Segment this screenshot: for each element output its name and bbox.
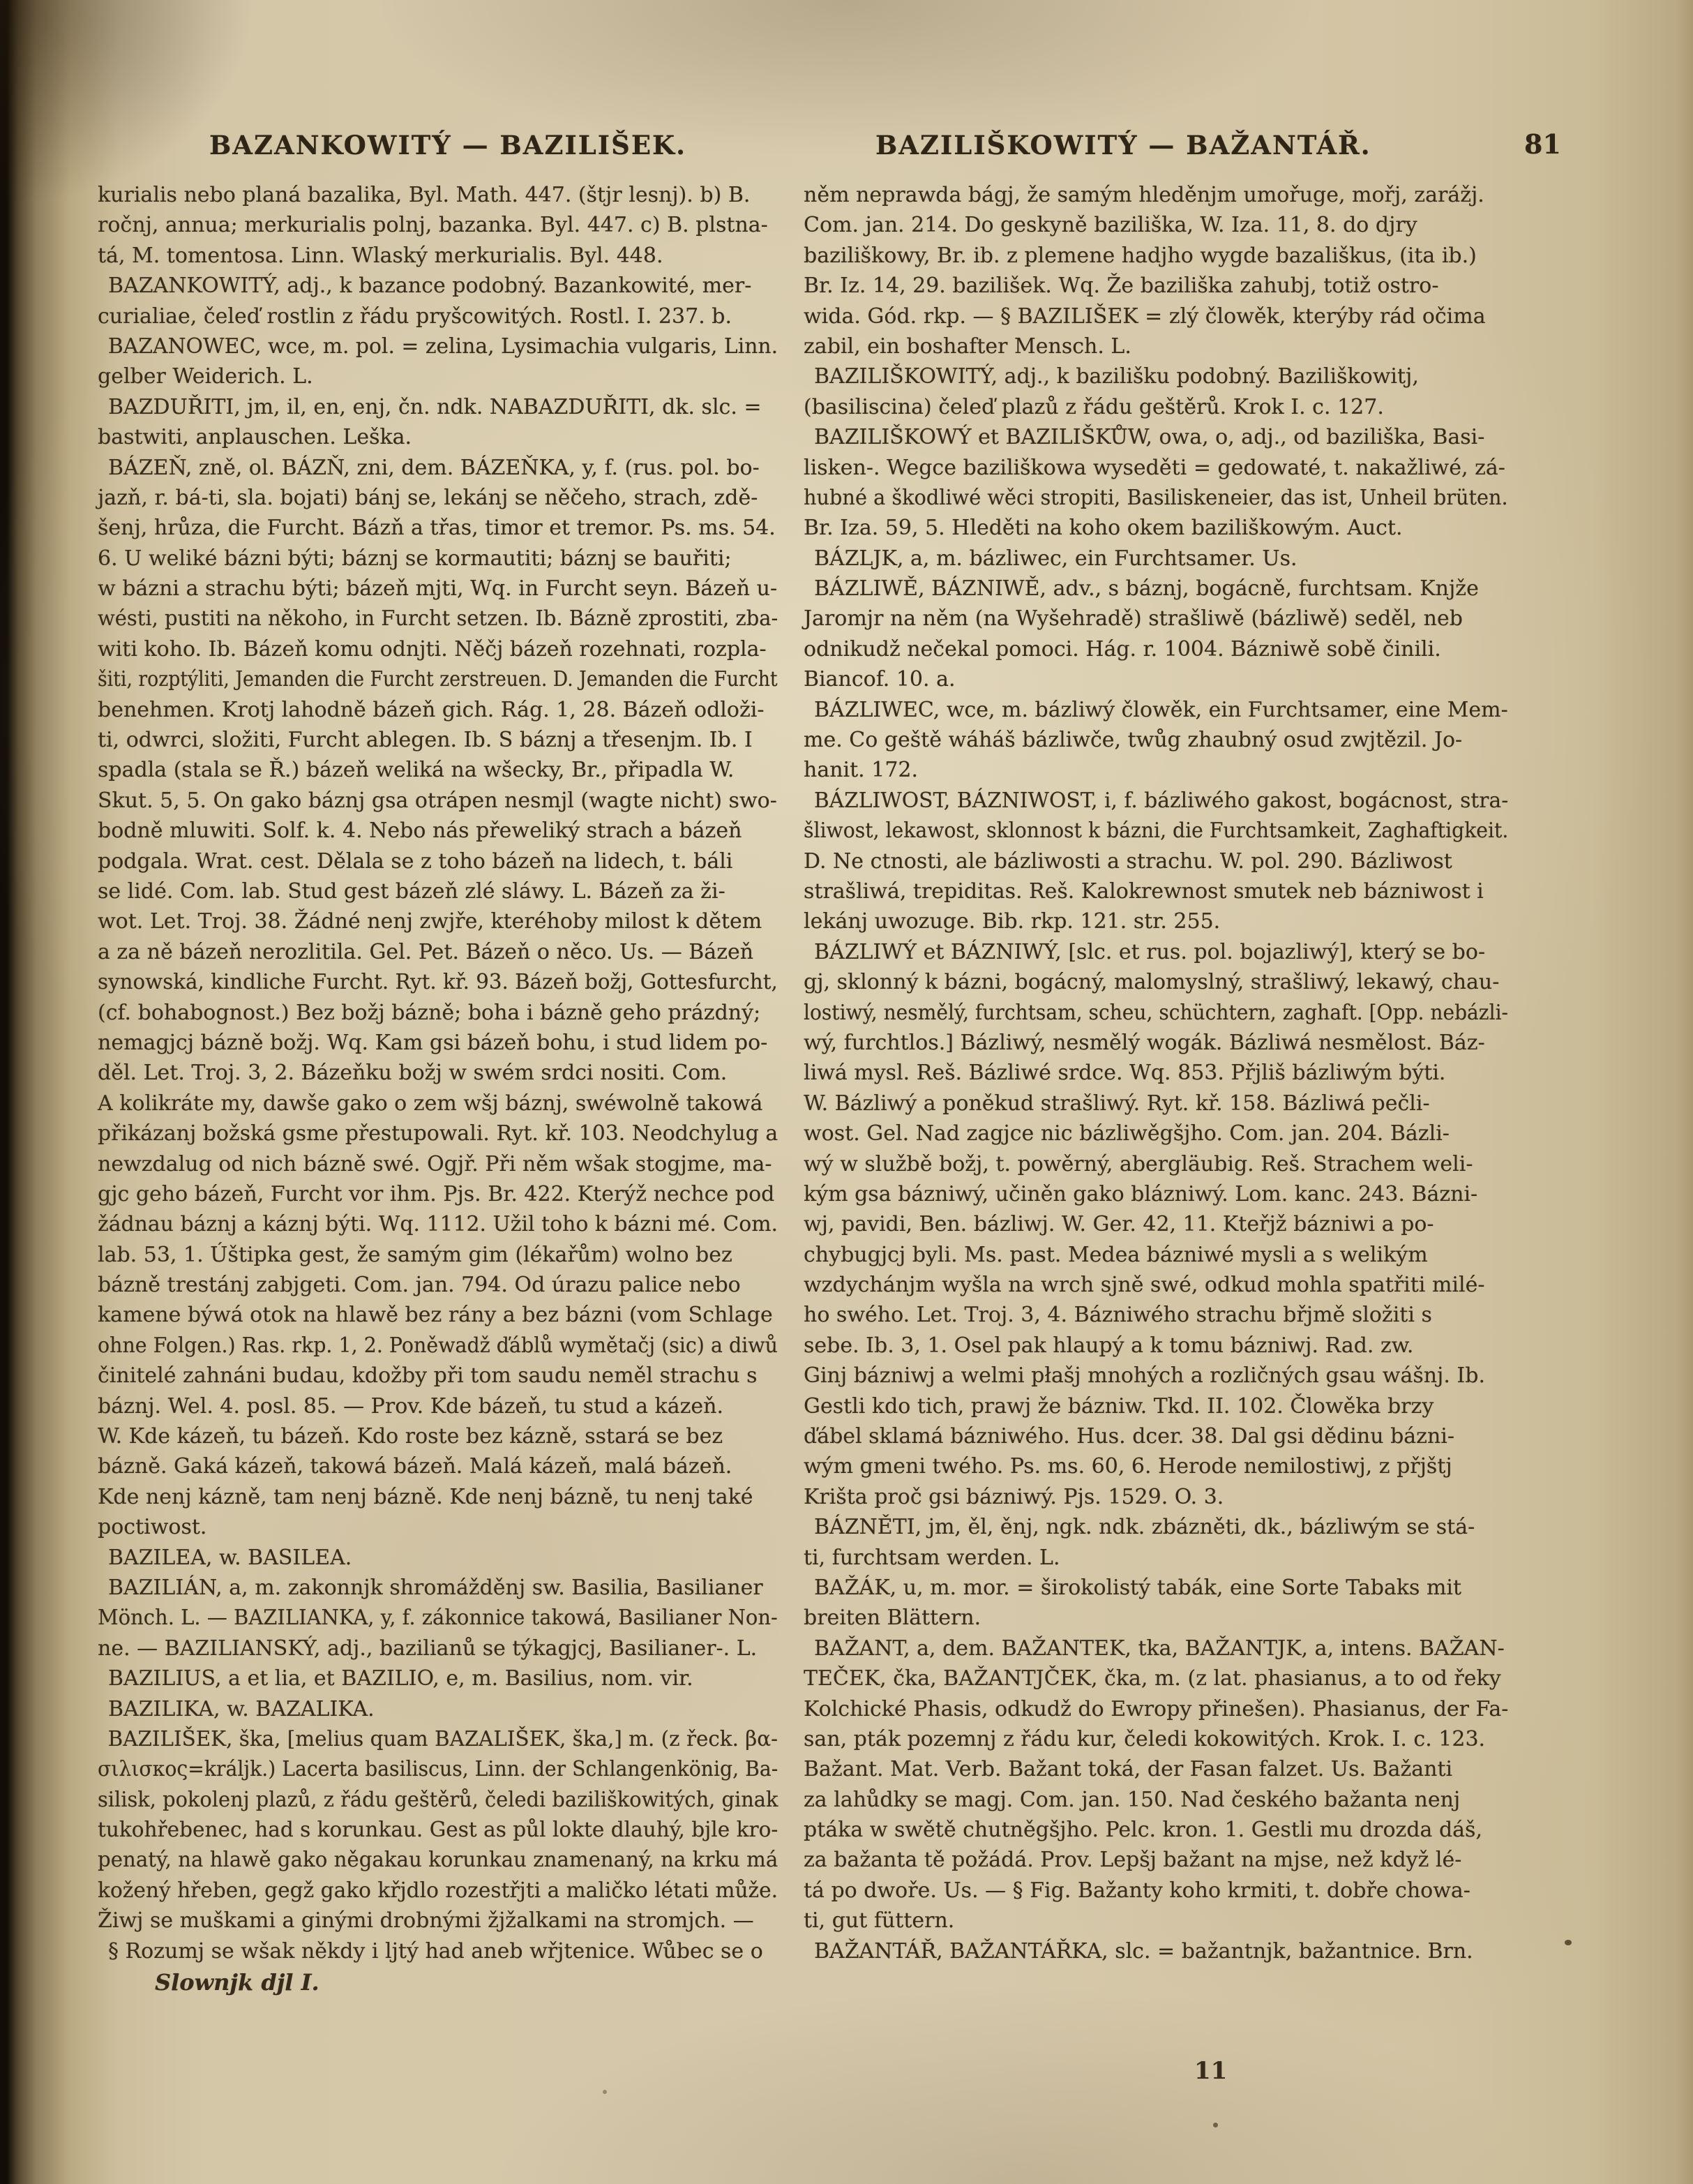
- text-line: A kolikráte my, dawše gako o zem wšj báz…: [98, 1089, 778, 1119]
- text-line: zabil, ein boshafter Mensch. L.: [804, 331, 1508, 361]
- scanned-page: BAZANKOWITÝ — BAZILIŠEK. BAZILIŠKOWITÝ —…: [0, 0, 1693, 2184]
- text-line: ročnj, annua; merkurialis polnj, bazanka…: [98, 210, 778, 240]
- text-line: Skut. 5, 5. On gako báznj gsa otrápen ne…: [98, 786, 778, 816]
- text-line: wida. Gód. rkp. — § BAZILIŠEK = zlý člow…: [804, 301, 1508, 331]
- text-line: TEČEK, čka, BAŽANTJČEK, čka, m. (z lat. …: [804, 1663, 1508, 1693]
- text-line: kým gsa bázniwý, učiněn gako blázniwý. L…: [804, 1179, 1508, 1209]
- text-line: se lidé. Com. lab. Stud gest bázeň zlé s…: [98, 876, 778, 906]
- text-line: gjc geho bázeň, Furcht vor ihm. Pjs. Br.…: [98, 1179, 778, 1209]
- text-line: wot. Let. Troj. 38. Žádné nenj zwjře, kt…: [98, 906, 778, 936]
- text-line: synowská, kindliche Furcht. Ryt. kř. 93.…: [98, 967, 762, 997]
- text-line: wj, pavidi, Ben. bázliwj. W. Ger. 42, 11…: [804, 1209, 1508, 1239]
- text-line: Br. Iza. 59, 5. Hleděti na koho okem baz…: [804, 513, 1508, 543]
- text-line: poctiwost.: [98, 1512, 778, 1542]
- text-line: san, pták pozemnj z řádu kur, čeledi kok…: [804, 1724, 1508, 1754]
- text-line: penatý, na hlawě gako něgakau korunkau z…: [98, 1845, 760, 1875]
- text-line: šiti, rozptýliti, Jemanden die Furcht ze…: [98, 664, 702, 694]
- text-line: BAZILIŠEK, ška, [melius quam BAZALIŠEK, …: [98, 1724, 763, 1754]
- text-line: Krišta proč gsi bázniwý. Pjs. 1529. O. 3…: [804, 1482, 1508, 1512]
- text-line: ďábel sklamá bázniwého. Hus. dcer. 38. D…: [804, 1421, 1508, 1451]
- text-line: BAZILEA, w. BASILEA.: [98, 1543, 778, 1573]
- text-line: BÁZLJK, a, m. bázliwec, ein Furchtsamer.…: [804, 544, 1508, 574]
- text-line: kurialis nebo planá bazalika, Byl. Math.…: [98, 180, 778, 210]
- text-line: něm neprawda bágj, že samým hleděnjm umo…: [804, 180, 1508, 210]
- text-line: šenj, hrůza, die Furcht. Bázň a třas, ti…: [98, 513, 778, 543]
- text-line: witi koho. Ib. Bázeň komu odnjti. Něčj b…: [98, 634, 778, 664]
- text-line: W. Bázliwý a poněkud strašliwý. Ryt. kř.…: [804, 1089, 1508, 1119]
- text-line: Bažant. Mat. Verb. Bažant toká, der Fasa…: [804, 1754, 1508, 1784]
- text-line: Kde nenj kázně, tam nenj bázně. Kde nenj…: [98, 1482, 778, 1512]
- text-line: silisk, pokolenj plazů, z řádu geštěrů, …: [98, 1785, 752, 1815]
- text-line: gj, sklonný k bázni, bogácný, malomyslný…: [804, 967, 1508, 997]
- text-line: Com. jan. 214. Do geskyně baziliška, W. …: [804, 210, 1508, 240]
- text-line: činitelé zahnáni budau, kdožby při tom s…: [98, 1361, 778, 1391]
- page-number: 81: [1524, 128, 1561, 160]
- text-line: BAZDUŘITI, jm, il, en, enj, čn. ndk. NAB…: [98, 392, 778, 422]
- running-header-left: BAZANKOWITÝ — BAZILIŠEK.: [209, 130, 686, 160]
- text-line: BÁZLIWEC, wce, m. bázliwý člowěk, ein Fu…: [804, 695, 1507, 725]
- text-line: BAZILIŠKOWITÝ, adj., k bazilišku podobný…: [804, 361, 1508, 391]
- text-line: lisken-. Wegce baziliškowa wyseděti = ge…: [804, 453, 1508, 483]
- text-line: BAZILIUS, a et lia, et BAZILIO, e, m. Ba…: [98, 1663, 778, 1693]
- text-line: bodně mluwiti. Solf. k. 4. Nebo nás přew…: [98, 816, 778, 846]
- text-line: wzdychánjm wyšla na wrch sjně swé, odkud…: [804, 1270, 1508, 1300]
- text-line: BAŽANT, a, dem. BAŽANTEK, tka, BAŽANTJK,…: [804, 1633, 1508, 1663]
- text-line: kožený hřeben, gegž gako křjdlo rozestřj…: [98, 1876, 769, 1906]
- text-line: wost. Gel. Nad zagjce nic bázliwěgšjho. …: [804, 1119, 1508, 1149]
- text-line: tá po dwoře. Us. — § Fig. Bažanty koho k…: [804, 1876, 1508, 1906]
- text-line: jazň, r. bá-ti, sla. bojati) bánj se, le…: [98, 483, 778, 513]
- text-line: ne. — BAZILIANSKÝ, adj., bazilianů se tý…: [98, 1633, 778, 1663]
- running-header-right: BAZILIŠKOWITÝ — BAŽANTÁŘ.: [875, 130, 1371, 160]
- text-line: baziliškowy, Br. ib. z plemene hadjho wy…: [804, 241, 1508, 271]
- text-line: za lahůdky se magj. Com. jan. 150. Nad č…: [804, 1785, 1508, 1815]
- text-line: D. Ne ctnosti, ale bázliwosti a strachu.…: [804, 846, 1508, 876]
- text-line: hubné a škodliwé wěci stropiti, Basilisk…: [804, 483, 1479, 513]
- ink-speck: [1565, 1940, 1572, 1945]
- text-line: bázně trestánj zabjgeti. Com. jan. 794. …: [98, 1270, 778, 1300]
- text-line: liwá mysl. Reš. Bázliwé srdce. Wq. 853. …: [804, 1058, 1508, 1088]
- text-line: lekánj uwozuge. Bib. rkp. 121. str. 255.: [804, 906, 1508, 936]
- text-line: W. Kde kázeň, tu bázeň. Kdo roste bez ká…: [98, 1421, 778, 1451]
- text-line: ti, odwrci, složiti, Furcht ablegen. Ib.…: [98, 725, 778, 755]
- text-line: za bažanta tě požádá. Prov. Lepšj bažant…: [804, 1845, 1508, 1875]
- text-line: sebe. Ib. 3, 1. Osel pak hlaupý a k tomu…: [804, 1331, 1508, 1361]
- text-line: BAZILIŠKOWÝ et BAZILIŠKŮW, owa, o, adj.,…: [804, 422, 1508, 452]
- text-line: podgala. Wrat. cest. Dělala se z toho bá…: [98, 846, 778, 876]
- text-line: ohne Folgen.) Ras. rkp. 1, 2. Poněwadž ď…: [98, 1331, 743, 1361]
- text-line: benehmen. Krotj lahodně bázeň gich. Rág.…: [98, 695, 778, 725]
- text-line: odnikudž nečekal pomoci. Hág. r. 1004. B…: [804, 634, 1508, 664]
- text-line: chybugjcj byli. Ms. past. Medea bázniwé …: [804, 1240, 1508, 1270]
- text-line: ptáka w swětě chutněgšjho. Pelc. kron. 1…: [804, 1815, 1508, 1845]
- text-line: Žiwj se muškami a ginými drobnými žjžalk…: [98, 1906, 778, 1936]
- text-line: Biancof. 10. a.: [804, 664, 1508, 694]
- text-line: strašliwá, trepiditas. Reš. Kalokrewnost…: [804, 876, 1508, 906]
- text-line: BAZANOWEC, wce, m. pol. = zelina, Lysima…: [98, 331, 773, 361]
- text-line: gelber Weiderich. L.: [98, 361, 778, 391]
- text-line: Ginj bázniwj a welmi płašj mnohých a roz…: [804, 1361, 1508, 1391]
- text-line: lab. 53, 1. Úštipka gest, že samým gim (…: [98, 1240, 778, 1270]
- text-line: a za ně bázeň nerozlitila. Gel. Pet. Báz…: [98, 937, 778, 967]
- text-line: tukohřebenec, had s korunkau. Gest as pů…: [98, 1815, 767, 1845]
- ink-speck: [1213, 2123, 1218, 2127]
- text-line: spadla (stala se Ř.) bázeň weliká na wše…: [98, 755, 778, 785]
- text-line: žádnau báznj a káznj býti. Wq. 1112. Uži…: [98, 1209, 775, 1239]
- text-line: curialiae, čeleď rostlin z řádu pryšcowi…: [98, 301, 778, 331]
- text-line: newzdalug od nich bázně swé. Ogjř. Při n…: [98, 1149, 778, 1179]
- text-line: ti, furchtsam werden. L.: [804, 1543, 1508, 1573]
- text-line: ho swého. Let. Troj. 3, 4. Bázniwého str…: [804, 1300, 1508, 1330]
- sheet-number-mark: 11: [1194, 2057, 1227, 2085]
- text-line: Mönch. L. — BAZILIANKA, y, f. zákonnice …: [98, 1603, 755, 1633]
- volume-signature: Slownjk djl I.: [155, 1969, 319, 1996]
- text-line: Kolchické Phasis, odkudž do Ewropy přine…: [804, 1694, 1508, 1724]
- text-line: (basiliscina) čeleď plazů z řádu geštěrů…: [804, 392, 1508, 422]
- text-line: me. Co geště wáháš bázliwče, twůg zhaubn…: [804, 725, 1508, 755]
- text-line: BAZILIKA, w. BAZALIKA.: [98, 1694, 778, 1724]
- text-line: wým gmeni twého. Ps. ms. 60, 6. Herode n…: [804, 1451, 1508, 1481]
- text-line: BÁZEŇ, zně, ol. BÁZŇ, zni, dem. BÁZEŇKA,…: [98, 453, 778, 483]
- text-column-right: něm neprawda bágj, že samým hleděnjm umo…: [804, 180, 1508, 1966]
- text-line: wésti, pustiti na někoho, in Furcht setz…: [98, 604, 753, 634]
- text-line: tá, M. tomentosa. Linn. Wlaský merkurial…: [98, 241, 778, 271]
- text-line: BAŽÁK, u, m. mor. = širokolistý tabák, e…: [804, 1573, 1508, 1603]
- text-line: děl. Let. Troj. 3, 2. Bázeňku božj w swé…: [98, 1058, 778, 1088]
- ink-speck: [603, 2090, 607, 2094]
- text-line: 6. U weliké bázni býti; báznj se kormaut…: [98, 544, 778, 574]
- text-line: přikázanj božská gsme přestupowali. Ryt.…: [98, 1119, 776, 1149]
- text-line: lostiwý, nesmělý, furchtsam, scheu, schü…: [804, 998, 1463, 1028]
- text-line: Br. Iz. 14, 29. bazilišek. Wq. Že bazili…: [804, 271, 1508, 301]
- text-line: breiten Blättern.: [804, 1603, 1508, 1633]
- text-line: bázně. Gaká kázeň, takowá bázeň. Malá ká…: [98, 1451, 778, 1481]
- text-line: bastwiti, anplauschen. Leška.: [98, 422, 778, 452]
- text-line: BAŽANTÁŘ, BAŽANTÁŘKA, slc. = bažantnjk, …: [804, 1936, 1508, 1966]
- text-line: Jaromjr na něm (na Wyšehradě) strašliwě …: [804, 604, 1508, 634]
- text-line: báznj. Wel. 4. posl. 85. — Prov. Kde báz…: [98, 1391, 778, 1421]
- text-line: wý w službě božj, t. powěrný, abergläubi…: [804, 1149, 1508, 1179]
- text-line: kamene býwá otok na hlawě bez rány a bez…: [98, 1300, 778, 1330]
- text-line: w bázni a strachu býti; bázeň mjti, Wq. …: [98, 574, 778, 604]
- text-line: BAZILIÁN, a, m. zakonnjk shromážděnj sw.…: [98, 1573, 778, 1603]
- text-line: nemagjcj bázně božj. Wq. Kam gsi bázeň b…: [98, 1028, 778, 1058]
- text-column-left: kurialis nebo planá bazalika, Byl. Math.…: [98, 180, 778, 1966]
- text-line: BÁZNĚTI, jm, ěl, ěnj, ngk. ndk. zbázněti…: [804, 1512, 1508, 1542]
- text-line: ti, gut füttern.: [804, 1906, 1508, 1936]
- text-line: (cf. bohabognost.) Bez božj bázně; boha …: [98, 998, 778, 1028]
- text-line: BÁZLIWĚ, BÁZNIWĚ, adv., s báznj, bogácně…: [804, 574, 1508, 604]
- text-line: Gestli kdo tich, prawj že bázniw. Tkd. I…: [804, 1391, 1508, 1421]
- text-line: BAZANKOWITÝ, adj., k bazance podobný. Ba…: [98, 271, 778, 301]
- text-line: BÁZLIWÝ et BÁZNIWÝ, [slc. et rus. pol. b…: [804, 937, 1508, 967]
- text-line: σιλισκος=králjk.) Lacerta basiliscus, Li…: [98, 1754, 738, 1784]
- text-line: BÁZLIWOST, BÁZNIWOST, i, f. bázliwého ga…: [804, 786, 1501, 816]
- text-line: § Rozumj se wšak někdy i ljtý had aneb w…: [98, 1936, 778, 1966]
- text-line: šliwost, lekawost, sklonnost k bázni, di…: [804, 816, 1467, 846]
- text-line: wý, furchtlos.] Bázliwý, nesmělý wogák. …: [804, 1028, 1508, 1058]
- text-line: hanit. 172.: [804, 755, 1508, 785]
